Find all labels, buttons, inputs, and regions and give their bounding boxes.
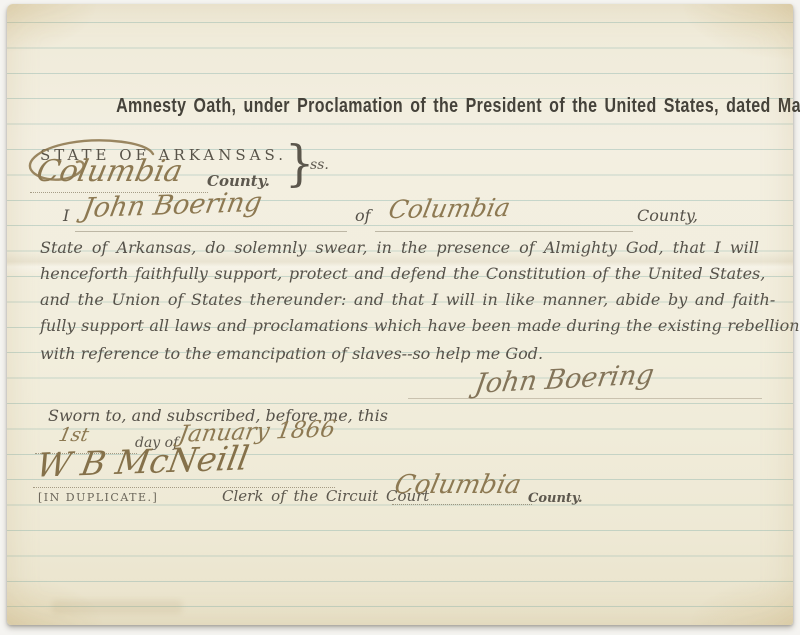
oath-of-label: of (355, 206, 371, 225)
document-title: Amnesty Oath, under Proclamation of the … (7, 94, 793, 118)
name-underline (75, 231, 347, 232)
clerk-county-label: County. (528, 491, 583, 506)
oath-line-5: fully support all laws and proclamations… (40, 316, 800, 335)
oath-signature: John Boering (474, 359, 654, 399)
oath-county-handwritten: Columbia (389, 193, 510, 224)
signature-line (408, 398, 762, 399)
oath-line-6: with reference to the emancipation of sl… (40, 344, 543, 363)
clerk-county-underline (392, 504, 532, 505)
oath-name-handwritten: John Boering (83, 187, 263, 224)
oath-line-3: henceforth faithfully support, protect a… (40, 264, 765, 283)
document-title-text: Amnesty Oath, under Proclamation of the … (116, 94, 800, 118)
oath-i-label: I (63, 206, 69, 225)
oath-line-4: and the Union of States thereunder: and … (40, 290, 775, 309)
clerk-county-handwritten: Columbia (395, 470, 521, 500)
day-handwritten: 1st (59, 424, 88, 446)
clerk-signature: W B McNeill (36, 438, 249, 484)
oath-county-suffix: County, (637, 206, 698, 225)
duplicate-label: [IN DUPLICATE.] (38, 491, 158, 504)
ss-label: ss. (310, 157, 329, 173)
oath-line-2: State of Arkansas, do solemnly swear, in… (40, 238, 759, 257)
faint-pencil-smudge (52, 600, 182, 614)
county-underline-2 (375, 231, 633, 232)
document-paper: Amnesty Oath, under Proclamation of the … (7, 4, 793, 625)
county-handwritten: Columbia (37, 154, 182, 189)
